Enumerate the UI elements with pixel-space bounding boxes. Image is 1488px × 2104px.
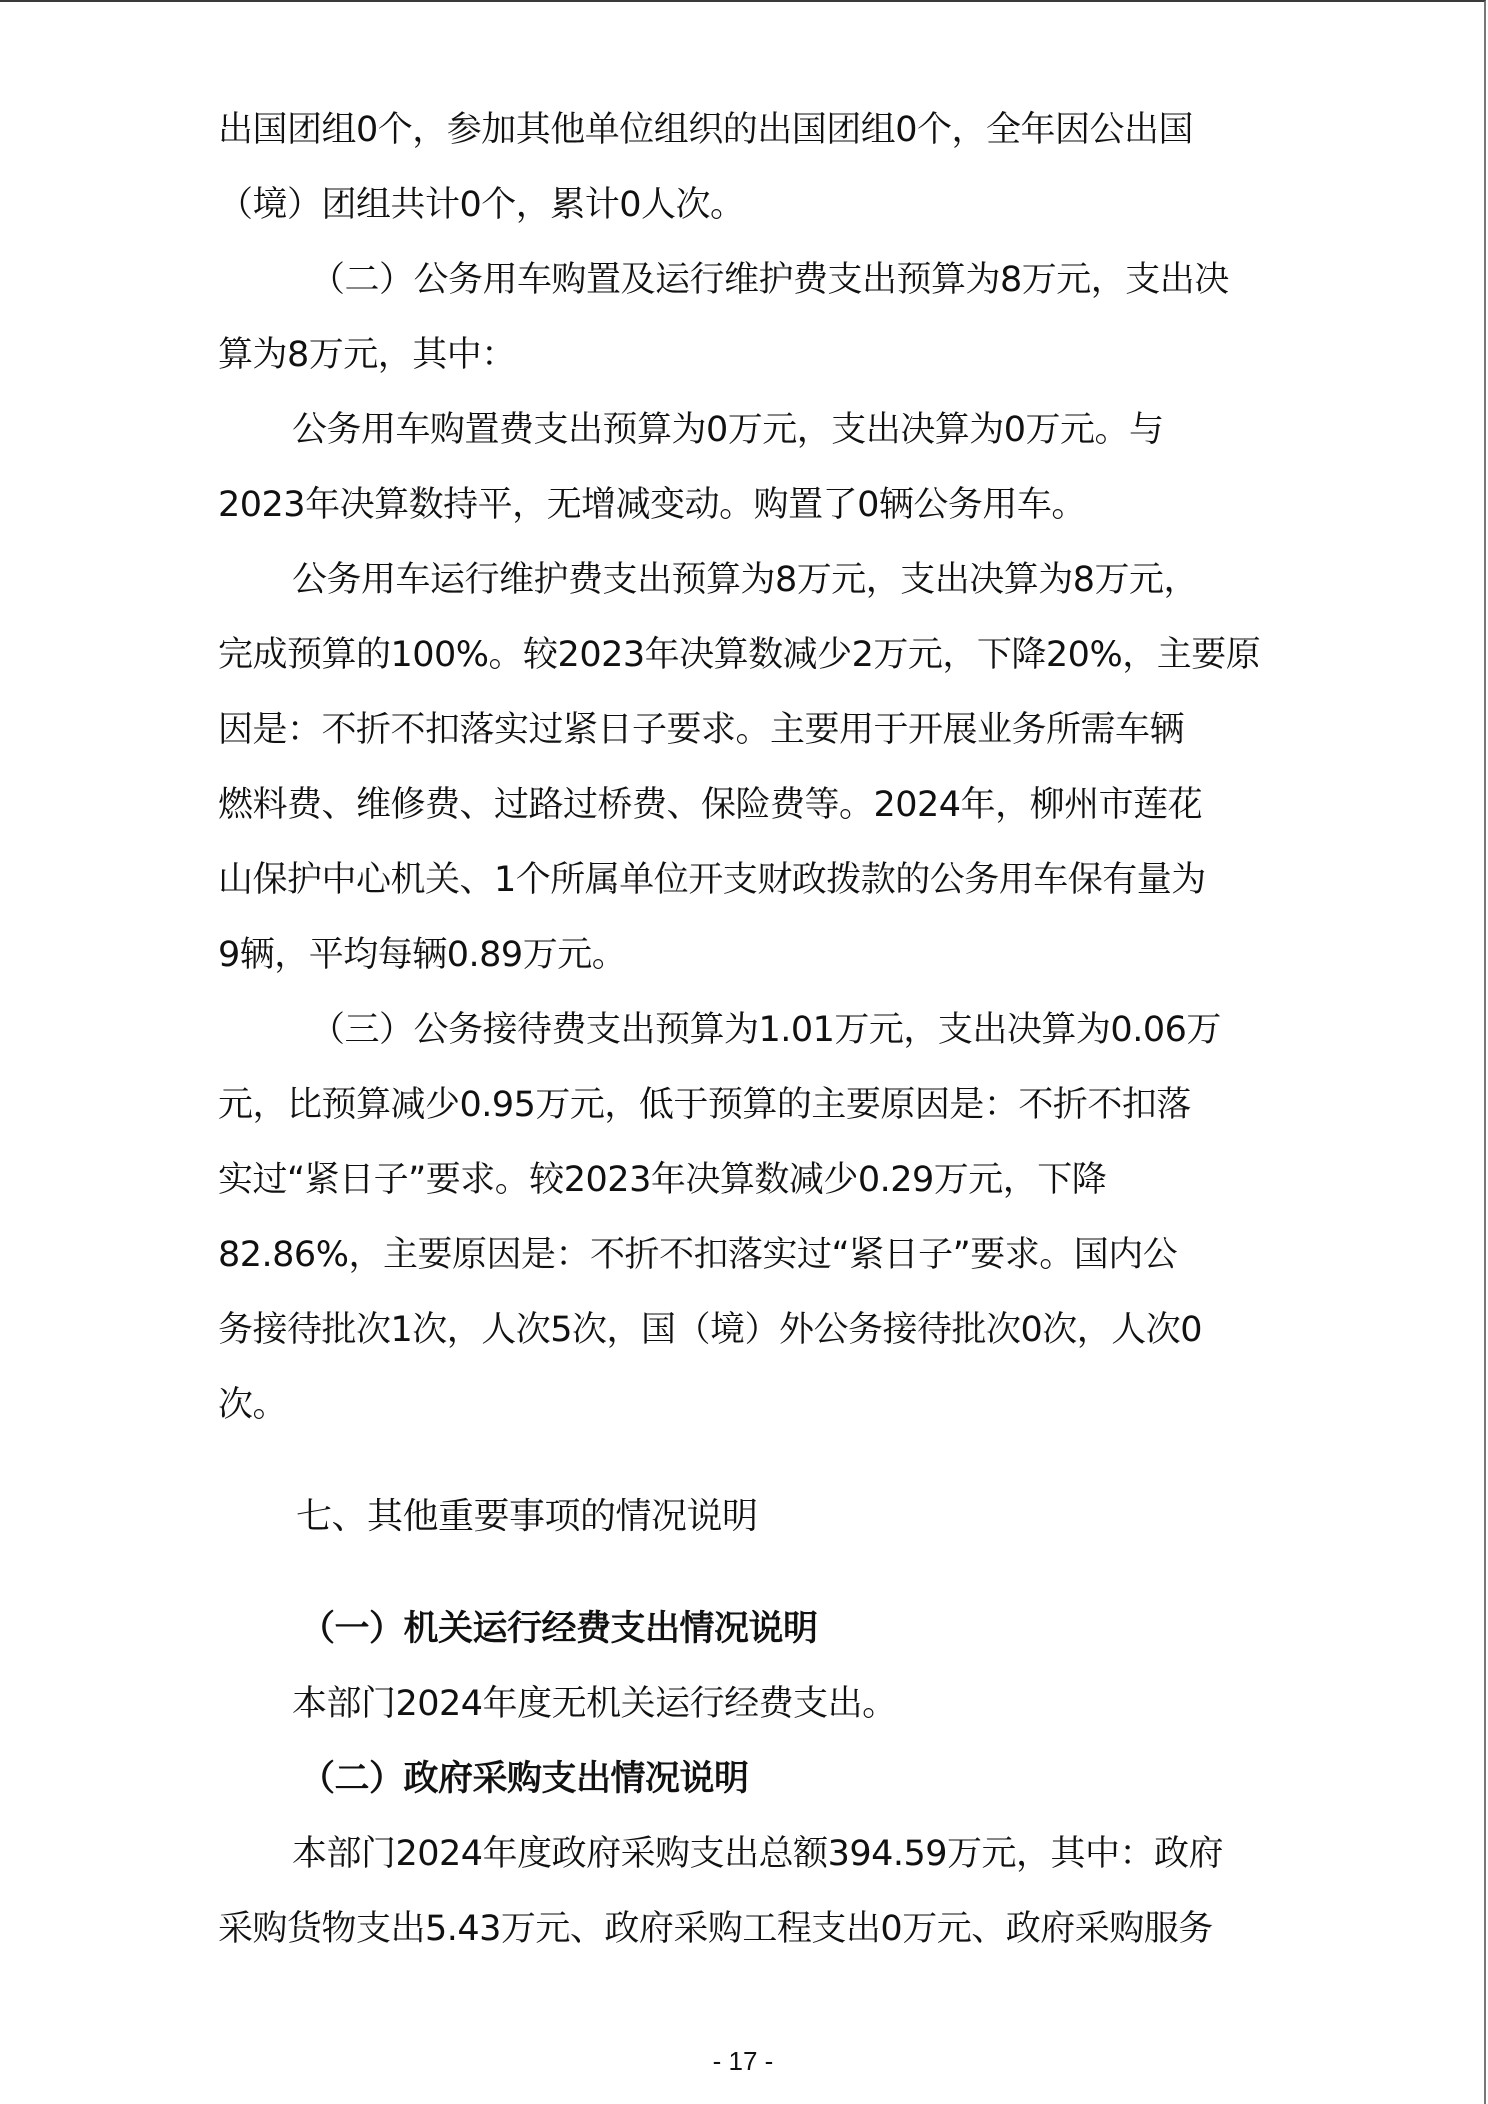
subsection-title: （二）政府采购支出情况说明 bbox=[300, 1757, 749, 1801]
paragraph-line: 公务用车运行维护费支出预算为8万元，支出决算为8万元， bbox=[292, 558, 1198, 602]
paragraph-line: 实过“紧日子”要求。较2023年决算数减少0.29万元，下降 bbox=[218, 1158, 1106, 1202]
paragraph-line: （三）公务接待费支出预算为1.01万元，支出决算为0.06万 bbox=[310, 1008, 1221, 1052]
paragraph-line: 公务用车购置费支出预算为0万元，支出决算为0万元。与 bbox=[292, 408, 1164, 452]
paragraph-line: 次。 bbox=[218, 1383, 287, 1427]
paragraph-line: 燃料费、维修费、过路过桥费、保险费等。2024年，柳州市莲花 bbox=[218, 783, 1202, 827]
paragraph-line: 本部门2024年度无机关运行经费支出。 bbox=[292, 1682, 897, 1726]
paragraph-line: 82.86%，主要原因是：不折不扣落实过“紧日子”要求。国内公 bbox=[218, 1233, 1177, 1277]
document-page: 出国团组0个，参加其他单位组织的出国团组0个，全年因公出国 （境）团组共计0个，… bbox=[0, 0, 1486, 2104]
paragraph-line: 本部门2024年度政府采购支出总额394.59万元，其中：政府 bbox=[292, 1832, 1223, 1876]
paragraph-line: 出国团组0个，参加其他单位组织的出国团组0个，全年因公出国 bbox=[218, 108, 1193, 152]
paragraph-line: 因是：不折不扣落实过紧日子要求。主要用于开展业务所需车辆 bbox=[218, 708, 1184, 752]
subsection-title: （一）机关运行经费支出情况说明 bbox=[300, 1607, 818, 1651]
paragraph-line: 完成预算的100%。较2023年决算数减少2万元，下降20%，主要原 bbox=[218, 633, 1260, 677]
paragraph-line: 2023年决算数持平，无增减变动。购置了0辆公务用车。 bbox=[218, 483, 1086, 527]
paragraph-line: 元，比预算减少0.95万元，低于预算的主要原因是：不折不扣落 bbox=[218, 1083, 1191, 1127]
paragraph-line: （境）团组共计0个，累计0人次。 bbox=[218, 183, 745, 227]
paragraph-line: 算为8万元，其中： bbox=[218, 333, 516, 377]
paragraph-line: （二）公务用车购置及运行维护费支出预算为8万元，支出决 bbox=[310, 258, 1229, 302]
page-number: - 17 - bbox=[0, 2046, 1486, 2076]
paragraph-line: 采购货物支出5.43万元、政府采购工程支出0万元、政府采购服务 bbox=[218, 1907, 1213, 1951]
paragraph-line: 山保护中心机关、1个所属单位开支财政拨款的公务用车保有量为 bbox=[218, 858, 1206, 902]
paragraph-line: 务接待批次1次，人次5次，国（境）外公务接待批次0次，人次0 bbox=[218, 1308, 1202, 1352]
section-heading: 七、其他重要事项的情况说明 bbox=[296, 1495, 758, 1539]
paragraph-line: 9辆，平均每辆0.89万元。 bbox=[218, 933, 626, 977]
